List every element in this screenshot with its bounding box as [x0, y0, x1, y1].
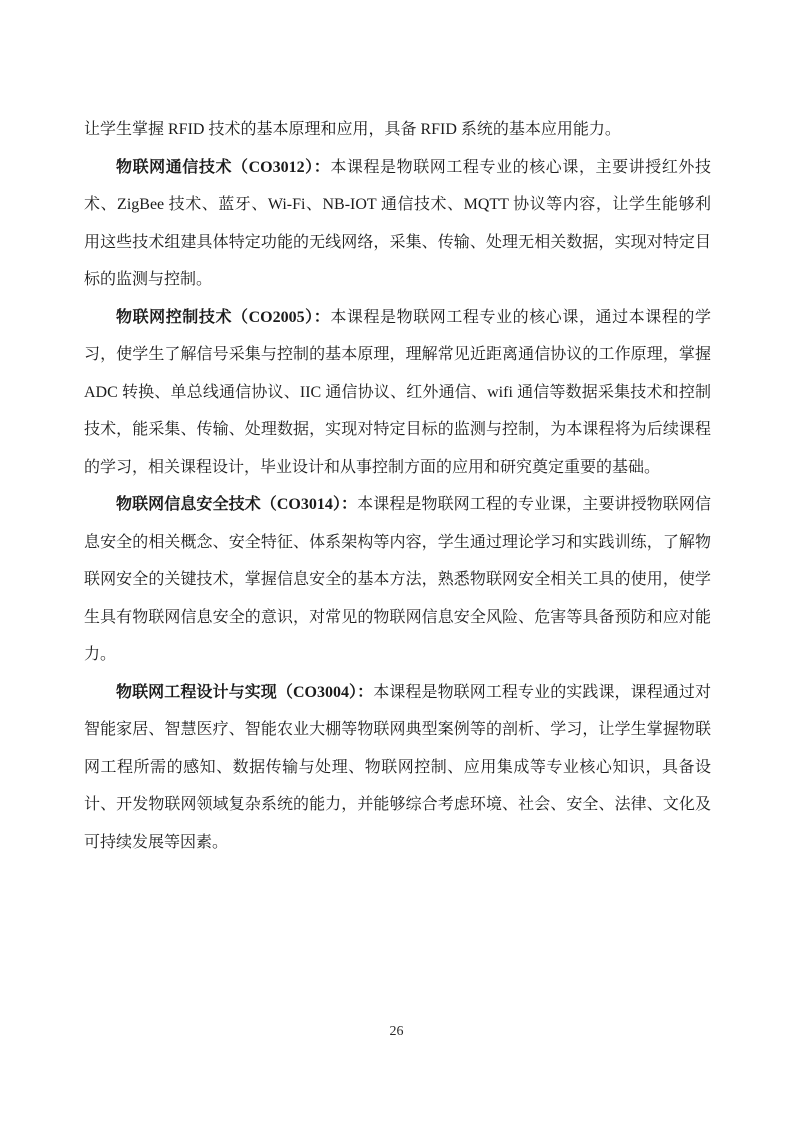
course-description: 本课程是物联网工程的专业课，主要讲授物联网信息安全的相关概念、安全特征、体系架构…: [84, 496, 711, 663]
course-paragraph-control: 物联网控制技术（CO2005）：本课程是物联网工程专业的核心课，通过本课程的学习…: [84, 299, 711, 487]
course-paragraph-communication: 物联网通信技术（CO3012）：本课程是物联网工程专业的核心课，主要讲授红外技术…: [84, 149, 711, 299]
course-title: 物联网信息安全技术（CO3014）：: [116, 496, 357, 513]
document-body: 让学生掌握 RFID 技术的基本原理和应用，具备 RFID 系统的基本应用能力。…: [84, 111, 711, 861]
page-number: 26: [0, 1022, 793, 1042]
course-title: 物联网控制技术（CO2005）：: [116, 309, 330, 326]
continuation-text: 让学生掌握 RFID 技术的基本原理和应用，具备 RFID 系统的基本应用能力。: [84, 121, 621, 138]
course-description: 本课程是物联网工程专业的核心课，主要讲授红外技术、ZigBee 技术、蓝牙、Wi…: [84, 159, 711, 289]
course-paragraph-engineering-design: 物联网工程设计与实现（CO3004）：本课程是物联网工程专业的实践课，课程通过对…: [84, 674, 711, 862]
document-page: 让学生掌握 RFID 技术的基本原理和应用，具备 RFID 系统的基本应用能力。…: [0, 0, 793, 1122]
paragraph-continuation: 让学生掌握 RFID 技术的基本原理和应用，具备 RFID 系统的基本应用能力。: [84, 111, 711, 149]
course-description: 本课程是物联网工程专业的核心课，通过本课程的学习，使学生了解信号采集与控制的基本…: [84, 309, 711, 476]
course-description: 本课程是物联网工程专业的实践课，课程通过对智能家居、智慧医疗、智能农业大棚等物联…: [84, 684, 711, 851]
course-title: 物联网工程设计与实现（CO3004）：: [116, 684, 373, 701]
course-title: 物联网通信技术（CO3012）：: [116, 159, 330, 176]
course-paragraph-security: 物联网信息安全技术（CO3014）：本课程是物联网工程的专业课，主要讲授物联网信…: [84, 486, 711, 674]
